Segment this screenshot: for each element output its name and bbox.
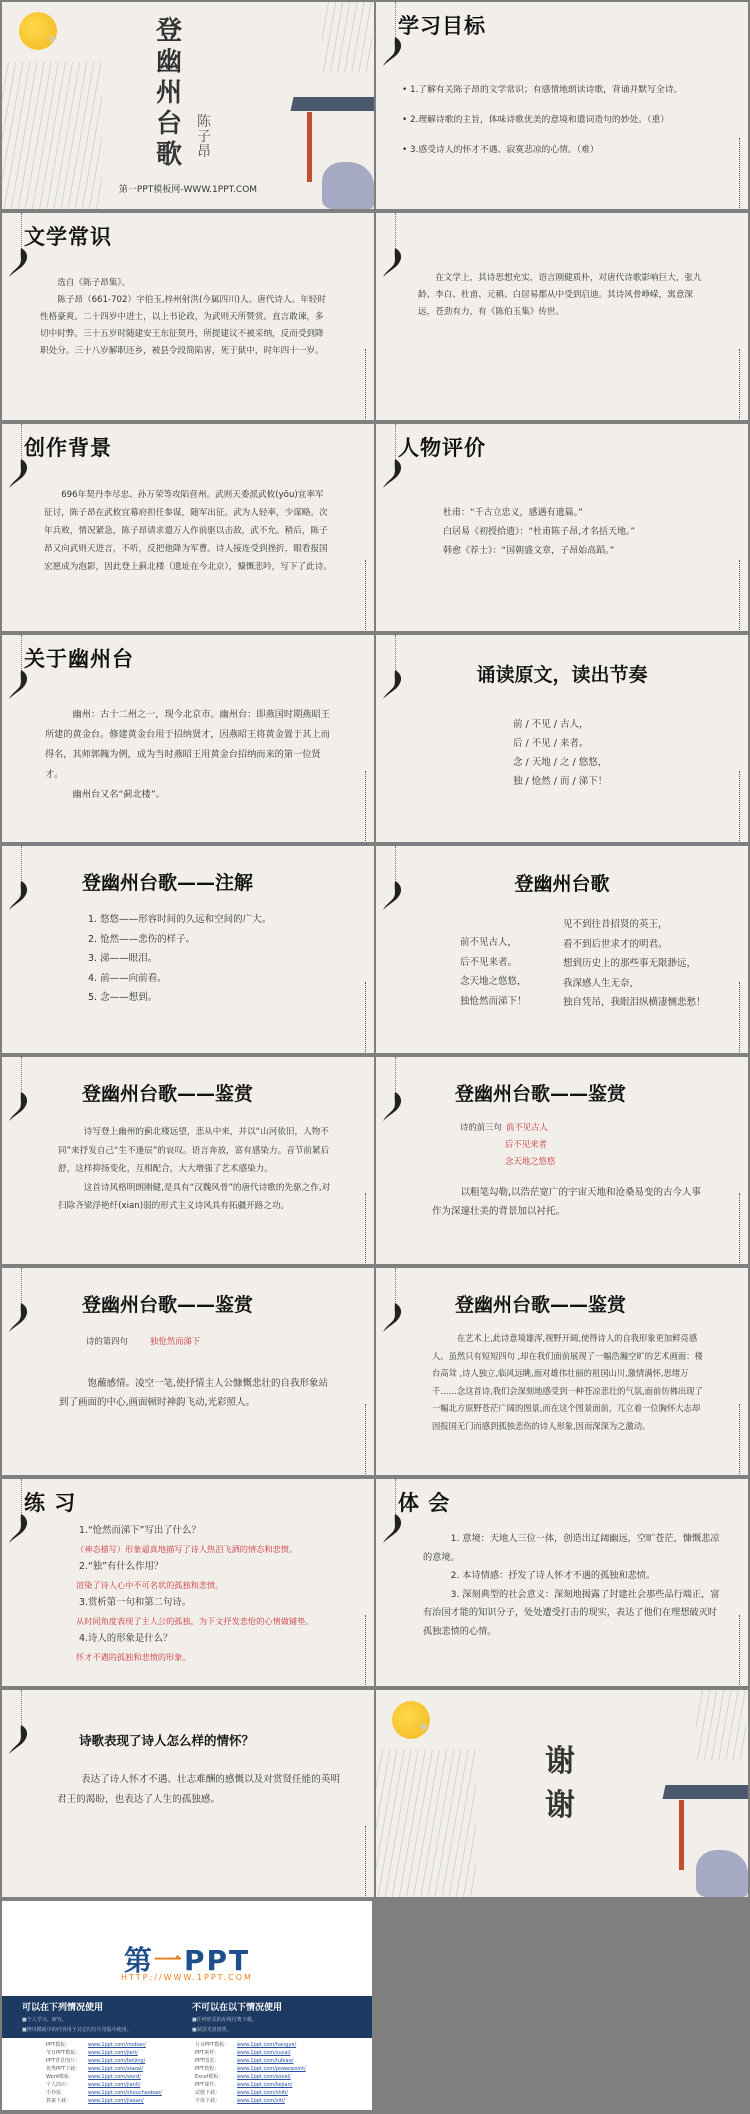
thread-decoration <box>21 635 22 671</box>
pavilion-illustration <box>663 1785 748 1799</box>
slide-title: 登幽州台歌——注解 <box>82 868 253 895</box>
link[interactable]: www.1ppt.com/xiazai/ <box>88 2065 143 2073</box>
slide-evaluation[interactable]: 人物评价 杜甫：“千古立忠义，感遇有遗篇。” 白居易《初授拾遗》：“杜甫陈子昂,… <box>376 424 748 631</box>
exercise-question: 1.“怆然而涕下”写出了什么？ <box>79 1522 371 1540</box>
objective-item: • 3.感受诗人的怀才不遇、寂寞悲凉的心情。（难） <box>402 142 747 159</box>
link[interactable]: www.1ppt.com/jieri/ <box>88 2049 138 2057</box>
appreciation-body: 诗写登上幽州的蓟北楼远望，悲从中来，并以“山河依旧，人物不同”来抒发自己“生不逢… <box>58 1123 333 1216</box>
lizard-icon <box>6 1723 36 1757</box>
slide-title: 关于幽州台 <box>24 643 134 673</box>
dotted-line-decoration <box>739 982 740 1052</box>
poem-translation: 见不到往昔招贤的英王， 看不到后世求才的明君。 想到历史上的那些事无限渺远， 我… <box>563 915 743 1013</box>
ppt-url: HTTP://WWW.1PPT.COM <box>2 1973 372 1982</box>
dotted-line-decoration <box>365 1404 366 1474</box>
thread-decoration <box>395 1479 396 1515</box>
links-right: 行业PPT模板：www.1ppt.com/hangye/ PPT素材：www.1… <box>195 2041 306 2105</box>
translation-line: 独自凭吊，我眼泪纵横凄恻悲愁！ <box>563 993 743 1013</box>
slide-notes[interactable]: 登幽州台歌——注解 1. 悠悠——形容时间的久远和空间的广大。 2. 怆然——悲… <box>2 846 374 1053</box>
lizard-icon <box>6 668 36 702</box>
slide-cover[interactable]: ✈ 登 幽 州 台 歌 陈 子 昂 第一PPT模板网-WWW.1PPT.COM <box>2 2 374 209</box>
thread-decoration <box>395 424 396 460</box>
slide-appreciation-2[interactable]: 登幽州台歌——鉴赏 诗的前三句 前不见古人 后不见来者 念天地之悠悠 以粗笔勾勒… <box>376 1057 748 1264</box>
dotted-line-decoration <box>739 138 740 208</box>
lizard-icon <box>6 457 36 491</box>
willow-illustration <box>376 1750 476 1897</box>
crane-icon: ✈ <box>418 1720 430 1736</box>
appreciation-body: 饱蘸感情。凌空一笔,使抒情主人公慷慨悲壮的自我形象站到了画面的中心,画面顿时神韵… <box>59 1374 334 1412</box>
poem-line: 前 / 不见 / 古人， <box>513 715 653 734</box>
slide-title: 人物评价 <box>398 432 486 462</box>
quote-line: 后不见来者 <box>505 1136 547 1153</box>
slide-appreciation-3[interactable]: 登幽州台歌——鉴赏 诗的第四句 独怆然而涕下 饱蘸感情。凌空一笔,使抒情主人公慷… <box>2 1268 374 1475</box>
thread-decoration <box>21 213 22 249</box>
slide-title: 诵读原文，读出节奏 <box>376 660 748 687</box>
willow-illustration <box>696 1690 746 1760</box>
recite-lines: 前 / 不见 / 古人， 后 / 不见 / 来者。 念 / 天地 / 之 / 悠… <box>513 715 653 791</box>
poem-line: 独怆然而涕下！ <box>460 992 550 1012</box>
cannot-use-item: ■制景光盘销售。 <box>192 2026 232 2033</box>
ppt-promo-card[interactable]: 第一PPT HTTP://WWW.1PPT.COM 可以在下列情况使用 ■个人学… <box>2 1901 372 2110</box>
can-use-item: ■拷贝模板中的内容用于其它幻灯片母版中使用。 <box>22 2026 132 2033</box>
dotted-line-decoration <box>739 1404 740 1474</box>
literature-influence: 在文学上，其诗思想充实，语言刚健质朴，对唐代诗歌影响巨大，张九龄、李白、杜甫、元… <box>418 270 703 321</box>
lizard-icon <box>380 1301 410 1335</box>
rock-illustration <box>696 1850 748 1897</box>
cover-title: 登 幽 州 台 歌 <box>154 16 184 171</box>
note-item: 2. 怆然——悲伤的样子。 <box>88 930 348 950</box>
dotted-line-decoration <box>739 349 740 419</box>
slide-reflection[interactable]: 体 会 1. 意境：天地人三位一体，创造出辽阔幽远，空旷苍茫，慷慨悲凉的意境。 … <box>376 1479 748 1686</box>
appreciation-label: 诗的前三句 <box>460 1119 502 1136</box>
quote-line: 前不见古人 <box>506 1119 548 1136</box>
exercise-answer: （神态描写）形象逼真地描写了诗人热泪飞洒的情态和悲愤。 <box>76 1540 371 1558</box>
thread-decoration <box>21 1268 22 1304</box>
thread-decoration <box>395 2 396 38</box>
pavilion-column <box>307 112 312 182</box>
note-item: 3. 涕——眼泪。 <box>88 949 348 969</box>
slide-title: 文学常识 <box>24 221 112 251</box>
note-item: 1. 悠悠——形容时间的久远和空间的广大。 <box>88 910 348 930</box>
lizard-icon <box>6 879 36 913</box>
slide-question[interactable]: 诗歌表现了诗人怎么样的情怀？ 表达了诗人怀才不遇、壮志难酬的感慨以及对赏贤任能的… <box>2 1690 374 1897</box>
exercise-answer: 渲染了诗人心中不可名状的孤独和悲愤。 <box>76 1576 371 1594</box>
link[interactable]: www.1ppt.com/ziti/ <box>237 2097 285 2105</box>
poem-line: 念 / 天地 / 之 / 悠悠， <box>513 753 653 772</box>
slide-appreciation-4[interactable]: 登幽州台歌——鉴赏 在艺术上,此诗意境雄浑,视野开阔,使得诗人的自我形象更加鲜亮… <box>376 1268 748 1475</box>
dotted-line-decoration <box>365 982 366 1052</box>
slide-title: 练 习 <box>24 1487 76 1517</box>
dotted-line-decoration <box>739 560 740 630</box>
lizard-icon <box>380 35 410 69</box>
thread-decoration <box>395 1057 396 1093</box>
poem-original: 前不见古人， 后不见来者。 念天地之悠悠， 独怆然而涕下！ <box>460 933 550 1011</box>
thread-decoration <box>21 424 22 460</box>
translation-line: 想到历史上的那些事无限渺远， <box>563 954 743 974</box>
thread-decoration <box>21 1479 22 1515</box>
translation-line: 我深感人生无奈， <box>563 974 743 994</box>
objectives-list: • 1.了解有关陈子昂的文学常识；有感情地朗读诗歌，背诵并默写全诗。 • 2.理… <box>402 82 747 172</box>
slide-literature[interactable]: 文学常识 选自《陈子昂集》。 陈子昂（661-702）字伯玉,梓州射洪(今属四川… <box>2 213 374 420</box>
slide-title: 诗歌表现了诗人怎么样的情怀？ <box>79 1731 254 1749</box>
links-left: PPT模板：www.1ppt.com/moban/ 节日PPT模板：www.1p… <box>46 2041 162 2105</box>
lizard-icon <box>6 1512 36 1546</box>
translation-line: 见不到往昔招贤的英王， <box>563 915 743 935</box>
cannot-use-heading: 不可以在以下情况使用 <box>192 2000 282 2013</box>
thread-decoration <box>395 1268 396 1304</box>
pavilion-column <box>679 1800 684 1870</box>
link[interactable]: www.1ppt.com/sucai/ <box>237 2049 291 2057</box>
lizard-icon <box>6 1090 36 1124</box>
background-body: 696年契丹李尽忠、孙万荣等攻陷营州。武则天委派武攸(yōu)宜率军征讨，陈子昂… <box>44 486 332 576</box>
question-answer: 表达了诗人怀才不遇、壮志难酬的感慨以及对赏贤任能的英明君王的渴盼，也表达了人生的… <box>57 1770 347 1810</box>
dotted-line-decoration <box>365 1615 366 1685</box>
cannot-use-item: ■任何形式的在线付费下载。 <box>192 2016 257 2023</box>
slide-literature-continued[interactable]: 在文学上，其诗思想充实，语言刚健质朴，对唐代诗歌影响巨大，张九龄、李白、杜甫、元… <box>376 213 748 420</box>
dotted-line-decoration <box>739 771 740 841</box>
slide-title: 登幽州台歌——鉴赏 <box>455 1290 626 1317</box>
lizard-icon <box>380 246 410 280</box>
dotted-line-decoration <box>365 1193 366 1263</box>
crane-icon: ✈ <box>46 32 58 48</box>
appreciation-body: 以粗笔勾勒,以浩茫宽广的宇宙天地和沧桑易变的古今人事作为深邃壮美的背景加以衬托。 <box>432 1183 707 1221</box>
literature-body: 选自《陈子昂集》。 陈子昂（661-702）字伯玉,梓州射洪(今属四川)人。唐代… <box>40 275 330 360</box>
slide-recite[interactable]: 诵读原文，读出节奏 前 / 不见 / 古人， 后 / 不见 / 来者。 念 / … <box>376 635 748 842</box>
dotted-line-decoration <box>739 1615 740 1685</box>
poem-line: 独 / 怆然 / 而 / 涕下！ <box>513 772 653 791</box>
link[interactable]: www.1ppt.com/jianli/ <box>88 2081 140 2089</box>
lizard-icon <box>380 457 410 491</box>
slide-exercise[interactable]: 练 习 1.“怆然而涕下”写出了什么？ （神态描写）形象逼真地描写了诗人热泪飞洒… <box>2 1479 374 1686</box>
slide-poem-translation[interactable]: 登幽州台歌 前不见古人， 后不见来者。 念天地之悠悠， 独怆然而涕下！ 见不到往… <box>376 846 748 1053</box>
thread-decoration <box>21 846 22 882</box>
willow-illustration <box>322 2 372 72</box>
evaluation-quote: 白居易《初授拾遗》：“杜甫陈子昂,才名括天地。” <box>443 523 703 542</box>
can-use-heading: 可以在下列情况使用 <box>22 2000 103 2013</box>
evaluation-quote: 杜甫：“千古立忠义，感遇有遗篇。” <box>443 504 703 523</box>
translation-line: 看不到后世求才的明君。 <box>563 935 743 955</box>
usage-band: 可以在下列情况使用 ■个人学习、研究。 ■拷贝模板中的内容用于其它幻灯片母版中使… <box>2 1996 372 2038</box>
poem-line: 后不见来者。 <box>460 953 550 973</box>
slide-title: 创作背景 <box>24 432 112 462</box>
pavilion-illustration <box>291 97 374 111</box>
lizard-icon <box>6 246 36 280</box>
dotted-line-decoration <box>365 560 366 630</box>
quote-line: 独怆然而涕下 <box>150 1333 200 1350</box>
evaluation-list: 杜甫：“千古立忠义，感遇有遗篇。” 白居易《初授拾遗》：“杜甫陈子昂,才名括天地… <box>443 504 703 561</box>
link[interactable]: www.1ppt.com/hangye/ <box>237 2041 296 2049</box>
link[interactable]: www.1ppt.com/kejian/ <box>237 2081 292 2089</box>
exercise-question: 4.诗人的形象是什么？ <box>79 1630 371 1648</box>
exercise-question: 3.赏析第一句和第二句诗。 <box>79 1594 371 1612</box>
exercise-question: 2.“独”有什么作用？ <box>79 1558 371 1576</box>
quote-line: 念天地之悠悠 <box>505 1153 555 1170</box>
link[interactable]: www.1ppt.com/excel/ <box>237 2073 291 2081</box>
slide-objectives[interactable]: 学习目标 • 1.了解有关陈子昂的文学常识；有感情地朗读诗歌，背诵并默写全诗。 … <box>376 2 748 209</box>
thread-decoration <box>395 213 396 249</box>
dotted-line-decoration <box>365 771 366 841</box>
notes-list: 1. 悠悠——形容时间的久远和空间的广大。 2. 怆然——悲伤的样子。 3. 涕… <box>88 910 348 1008</box>
lizard-icon <box>6 1301 36 1335</box>
exercise-answer: 从时间角度表现了主人公的孤独，为下文抒发悲怆的心情做铺垫。 <box>76 1612 371 1630</box>
evaluation-quote: 韩愈《荐士》：“国朝盛文章，子昂始高蹈。” <box>443 542 703 561</box>
thread-decoration <box>21 1057 22 1093</box>
objective-item: • 2.理解诗歌的主旨，体味诗歌优美的意境和遣词造句的妙处。（重） <box>402 112 747 129</box>
link[interactable]: www.1ppt.com/jiaoan/ <box>88 2097 144 2105</box>
slide-title: 登幽州台歌——鉴赏 <box>82 1079 253 1106</box>
youzhou-tai-body: 幽州：古十二州之一，现今北京市。幽州台：即燕国时期燕昭王所建的黄金台。修建黄金台… <box>45 705 330 805</box>
slide-thanks[interactable]: ✈ 谢 谢 <box>376 1690 748 1897</box>
link[interactable]: www.1ppt.com/powerpoint/ <box>237 2065 306 2073</box>
slide-title: 登幽州台歌——鉴赏 <box>455 1079 626 1106</box>
appreciation-label: 诗的第四句 <box>86 1333 128 1350</box>
link[interactable]: www.1ppt.com/shouchaobao/ <box>88 2089 162 2097</box>
poem-line: 念天地之悠悠， <box>460 972 550 992</box>
link[interactable]: www.1ppt.com/moban/ <box>88 2041 146 2049</box>
dotted-line-decoration <box>739 1193 740 1263</box>
cover-watermark: 第一PPT模板网-WWW.1PPT.COM <box>2 182 374 195</box>
link[interactable]: www.1ppt.com/tubiao/ <box>237 2057 293 2065</box>
slide-title: 体 会 <box>398 1487 450 1517</box>
poem-line: 后 / 不见 / 来者。 <box>513 734 653 753</box>
lizard-icon <box>380 1512 410 1546</box>
lizard-icon <box>380 1090 410 1124</box>
can-use-item: ■个人学习、研究。 <box>22 2016 67 2023</box>
slide-title: 登幽州台歌 <box>376 869 748 896</box>
thread-decoration <box>21 1690 22 1726</box>
slide-background[interactable]: 创作背景 696年契丹李尽忠、孙万荣等攻陷营州。武则天委派武攸(yōu)宜率军征… <box>2 424 374 631</box>
poem-line: 前不见古人， <box>460 933 550 953</box>
reflection-body: 1. 意境：天地人三位一体，创造出辽阔幽远，空旷苍茫，慷慨悲凉的意境。 2. 本… <box>423 1530 723 1641</box>
note-item: 4. 前——向前看。 <box>88 969 348 989</box>
objective-item: • 1.了解有关陈子昂的文学常识；有感情地朗读诗歌，背诵并默写全诗。 <box>402 82 747 99</box>
thanks-text: 谢 谢 <box>540 1740 580 1828</box>
cover-author: 陈 子 昂 <box>196 115 212 160</box>
note-item: 5. 念——想到。 <box>88 988 348 1008</box>
link[interactable]: www.1ppt.com/beijing/ <box>88 2057 145 2065</box>
appreciation-body: 在艺术上,此诗意境雄浑,视野开阔,使得诗人的自我形象更加鲜亮感人。虽然只有短短四… <box>432 1330 704 1435</box>
exercise-list: 1.“怆然而涕下”写出了什么？ （神态描写）形象逼真地描写了诗人热泪飞洒的情态和… <box>76 1522 371 1666</box>
slide-appreciation-1[interactable]: 登幽州台歌——鉴赏 诗写登上幽州的蓟北楼远望，悲从中来，并以“山河依旧，人物不同… <box>2 1057 374 1264</box>
dotted-line-decoration <box>365 349 366 419</box>
slide-youzhou-tai[interactable]: 关于幽州台 幽州：古十二州之一，现今北京市。幽州台：即燕国时期燕昭王所建的黄金台… <box>2 635 374 842</box>
slide-title: 登幽州台歌——鉴赏 <box>82 1290 253 1317</box>
link[interactable]: www.1ppt.com/shiti/ <box>237 2089 288 2097</box>
dotted-line-decoration <box>365 1826 366 1896</box>
slide-title: 学习目标 <box>398 10 486 40</box>
link[interactable]: www.1ppt.com/word/ <box>88 2073 141 2081</box>
exercise-answer: 怀才不遇的孤独和悲愤的形象。 <box>76 1648 371 1666</box>
